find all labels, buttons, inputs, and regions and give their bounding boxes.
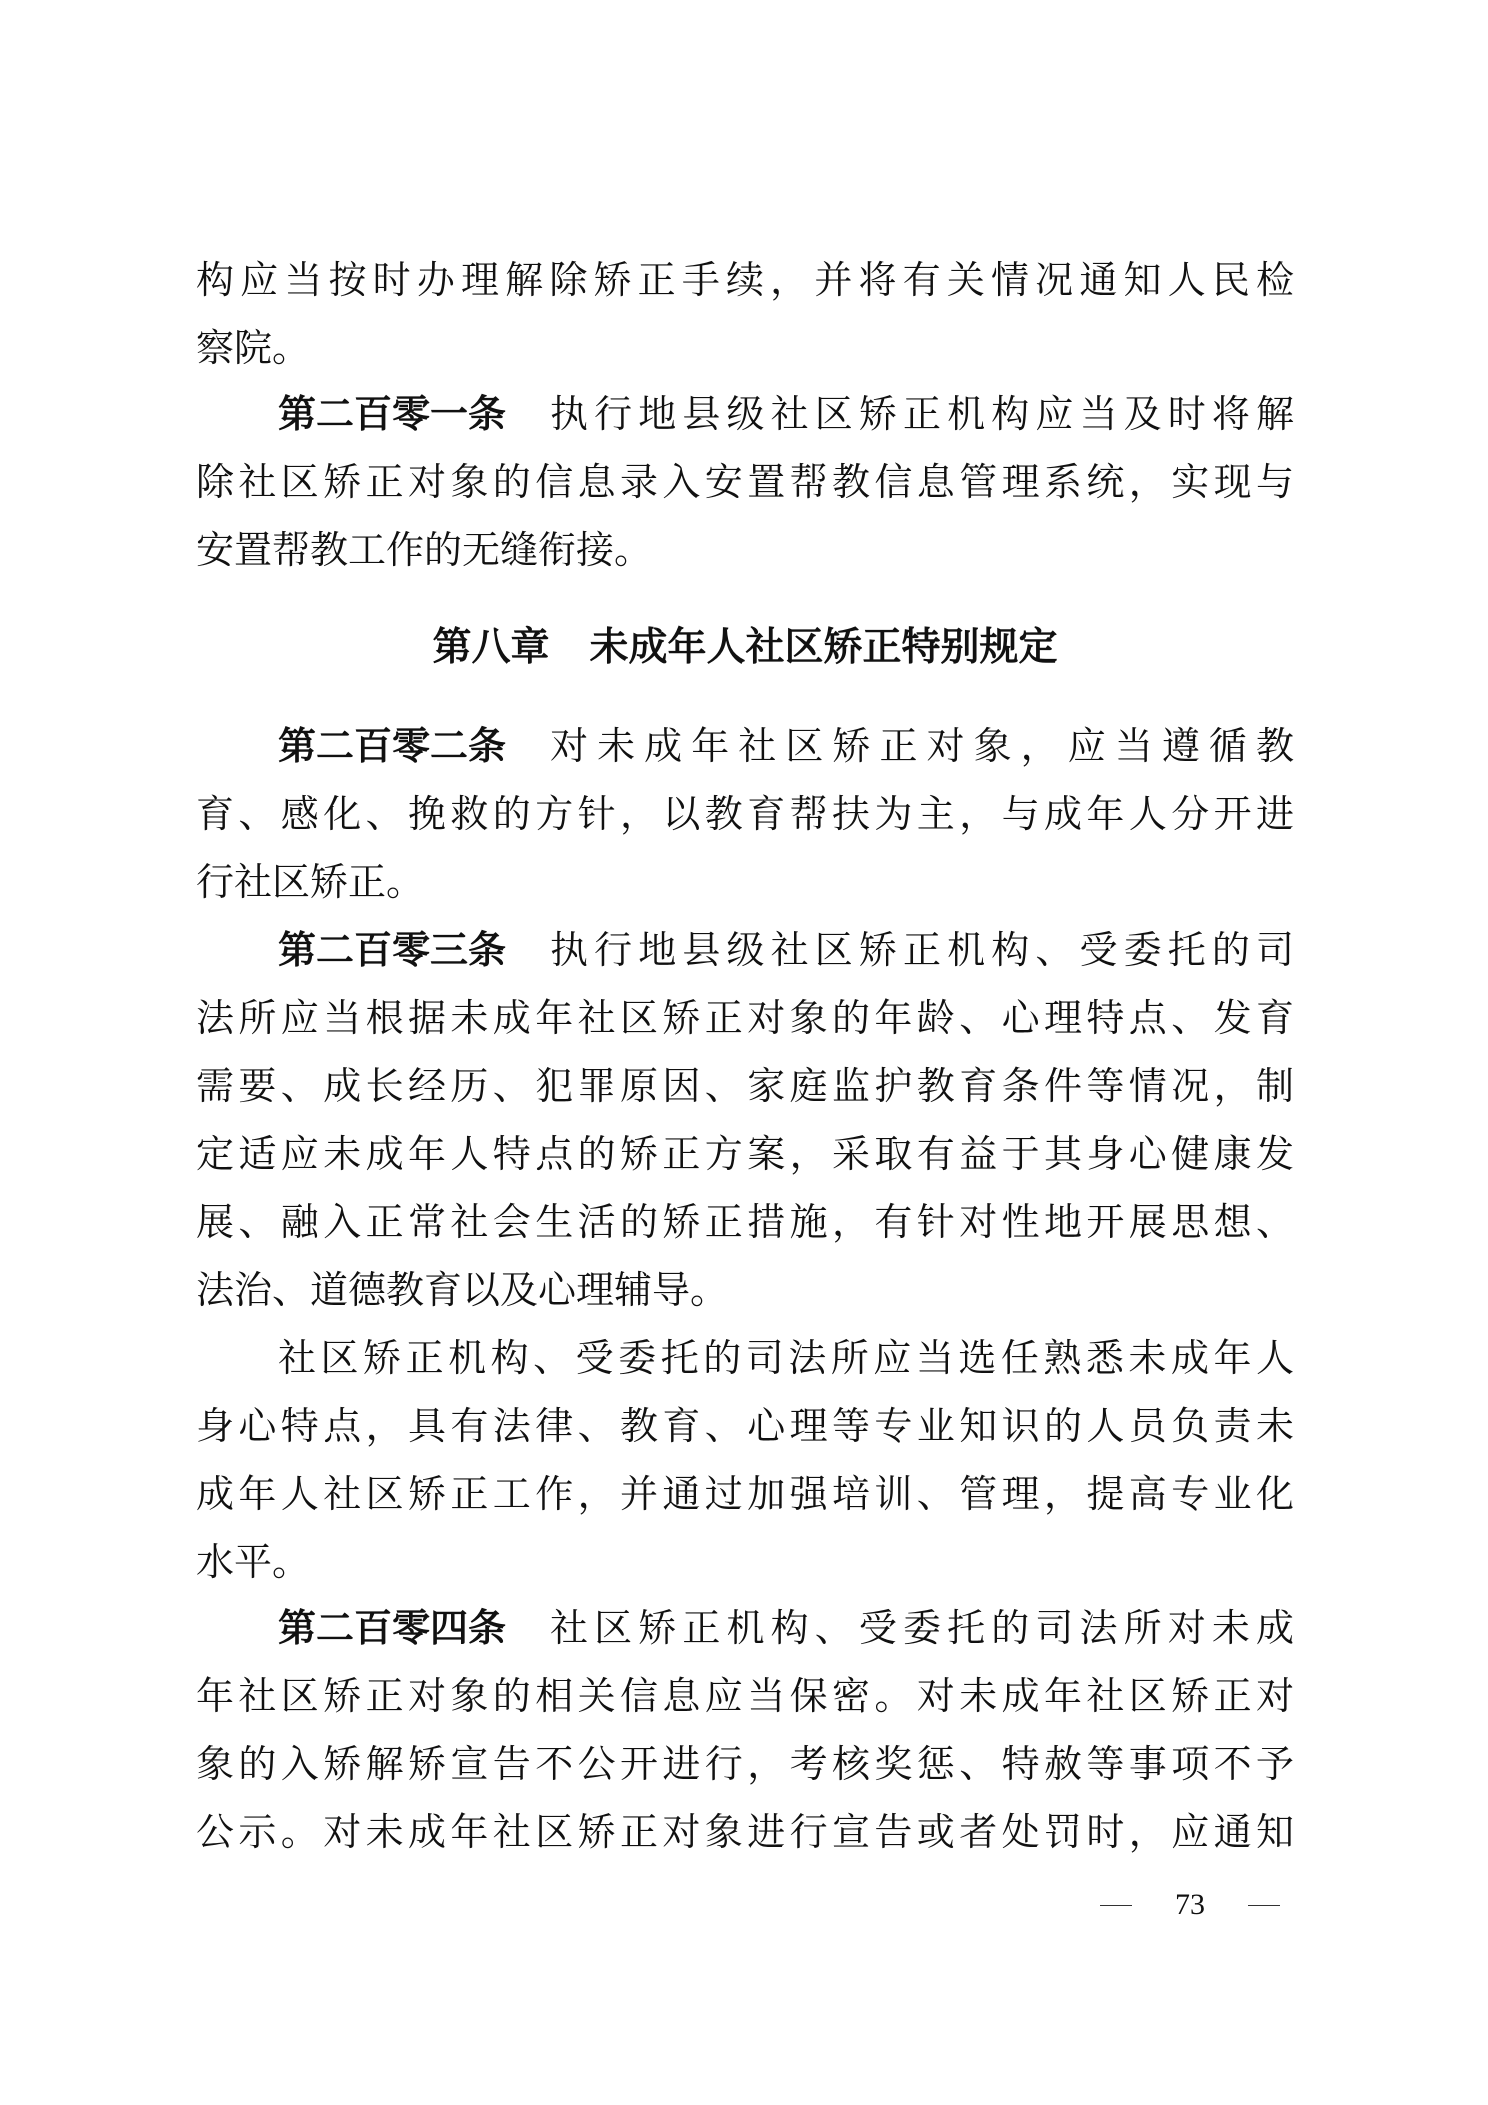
article-title: 第二百零四条	[278, 1598, 506, 1658]
paragraph-line: 育、感化、挽救的方针，以教育帮扶为主，与成年人分开进	[196, 784, 1294, 844]
paragraph-line: 象的入矫解矫宣告不公开进行，考核奖惩、特赦等事项不予	[196, 1734, 1294, 1794]
chapter-title: 未成年人社区矫正特别规定	[590, 625, 1058, 670]
page-footer: 73	[1100, 1880, 1280, 1930]
chapter-heading: 第八章未成年人社区矫正特别规定	[196, 618, 1294, 678]
paragraph-line: 需要、成长经历、犯罪原因、家庭监护教育条件等情况，制	[196, 1056, 1294, 1116]
article-202-first-line: 第二百零二条 对未成年社区矫正对象，应当遵循教	[196, 716, 1294, 776]
article-204-first-line: 第二百零四条 社区矫正机构、受委托的司法所对未成	[196, 1598, 1294, 1658]
article-text: 执行地县级社区矫正机构应当及时将解	[550, 384, 1294, 444]
article-text: 对未成年社区矫正对象，应当遵循教	[550, 716, 1294, 776]
dash-left	[1100, 1905, 1132, 1906]
chapter-number: 第八章	[432, 625, 549, 670]
paragraph-line: 构应当按时办理解除矫正手续，并将有关情况通知人民检	[196, 250, 1294, 310]
article-title: 第二百零三条	[278, 920, 506, 980]
paragraph-line: 察院。	[196, 318, 1294, 378]
article-text: 社区矫正机构、受委托的司法所对未成	[550, 1598, 1294, 1658]
article-title: 第二百零一条	[278, 384, 506, 444]
paragraph-line: 水平。	[196, 1532, 1294, 1592]
paragraph-line: 法治、道德教育以及心理辅导。	[196, 1260, 1294, 1320]
paragraph-line: 成年人社区矫正工作，并通过加强培训、管理，提高专业化	[196, 1464, 1294, 1524]
page-number: 73	[1175, 1880, 1205, 1930]
paragraph-line: 社区矫正机构、受委托的司法所应当选任熟悉未成年人	[196, 1328, 1294, 1388]
dash-right	[1248, 1905, 1280, 1906]
paragraph-line: 除社区矫正对象的信息录入安置帮教信息管理系统，实现与	[196, 452, 1294, 512]
paragraph-line: 定适应未成年人特点的矫正方案，采取有益于其身心健康发	[196, 1124, 1294, 1184]
article-201-first-line: 第二百零一条 执行地县级社区矫正机构应当及时将解	[196, 384, 1294, 444]
paragraph-line: 身心特点，具有法律、教育、心理等专业知识的人员负责未	[196, 1396, 1294, 1456]
paragraph-line: 公示。对未成年社区矫正对象进行宣告或者处罚时，应通知	[196, 1802, 1294, 1862]
paragraph-line: 展、融入正常社会生活的矫正措施，有针对性地开展思想、	[196, 1192, 1294, 1252]
article-text: 执行地县级社区矫正机构、受委托的司	[550, 920, 1294, 980]
paragraph-line: 行社区矫正。	[196, 852, 1294, 912]
article-203-first-line: 第二百零三条 执行地县级社区矫正机构、受委托的司	[196, 920, 1294, 980]
paragraph-line: 年社区矫正对象的相关信息应当保密。对未成年社区矫正对	[196, 1666, 1294, 1726]
paragraph-line: 法所应当根据未成年社区矫正对象的年龄、心理特点、发育	[196, 988, 1294, 1048]
paragraph-line: 安置帮教工作的无缝衔接。	[196, 520, 1294, 580]
article-title: 第二百零二条	[278, 716, 506, 776]
